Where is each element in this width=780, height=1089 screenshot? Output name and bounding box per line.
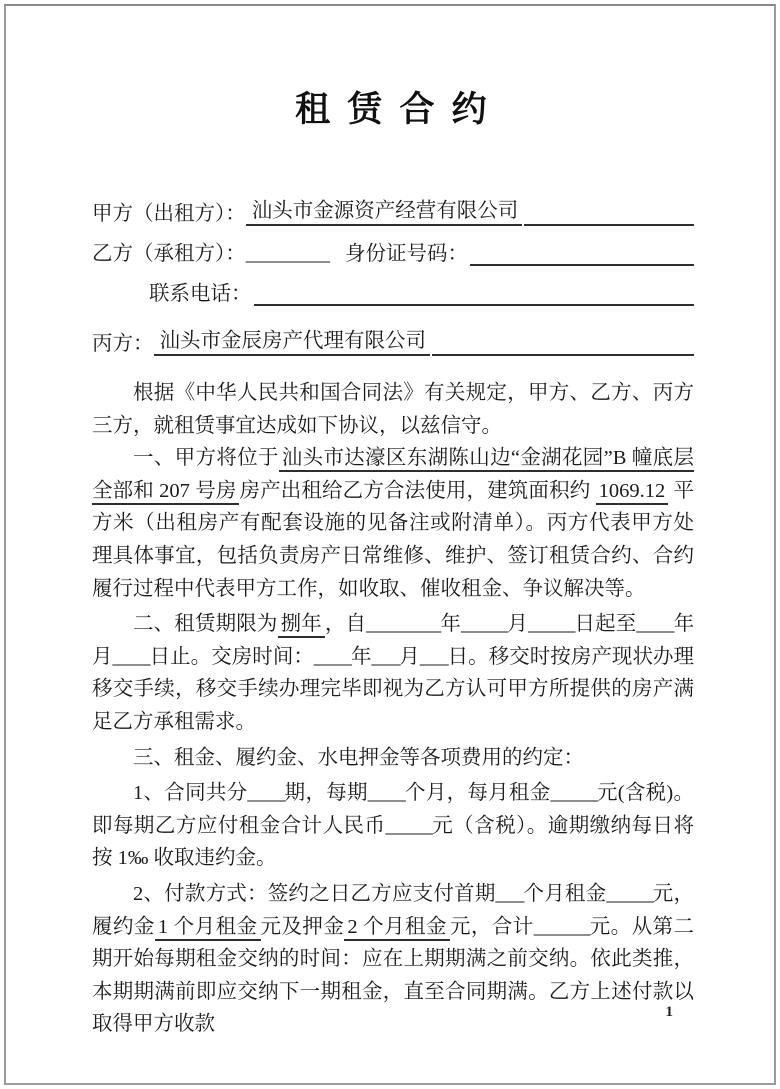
text-segment: 期，每期 [284, 782, 367, 804]
blank-field: ____ [636, 613, 673, 635]
parties-section: 甲方（出租方）： 汕头市金源资产经营有限公司 乙方（承租方）： ________… [92, 186, 694, 356]
blank-field: ____ [113, 646, 150, 668]
clause-2-paragraph: 二、租赁期限为捌年，自________年_____月_____日起至____年月… [92, 608, 694, 738]
phone-label: 联系电话： [149, 276, 252, 306]
filled-value: 2 个月租金 [344, 916, 450, 941]
intro-paragraph: 根据《中华人民共和国合同法》有关规定，甲方、乙方、丙方三方，就租赁事宜达成如下协… [92, 377, 694, 442]
blank-field: _____ [528, 613, 574, 635]
clause-3-item-1: 1、合同共分____期，每期____个月，每月租金_____元(含税)。即每期乙… [92, 777, 694, 875]
blank-field: ____ [314, 646, 351, 668]
clause-3-item-2: 2、付款方式：签约之日乙方应支付首期___个月租金_____元，履约金1 个月租… [92, 878, 694, 1041]
text-segment: 二、租赁期限为 [133, 613, 278, 635]
party-a-label: 甲方（出租方）： [92, 196, 246, 226]
blank-line [524, 197, 694, 226]
blank-field: _____ [550, 782, 596, 804]
text-segment: 日起至 [574, 613, 636, 635]
text-segment: 元及押金 [261, 916, 345, 938]
blank-field: _____ [385, 815, 431, 837]
blank-field: ______ [534, 916, 590, 938]
text-segment: 个月，每月租金 [405, 782, 551, 804]
party-a-line: 甲方（出租方）： 汕头市金源资产经营有限公司 [92, 186, 694, 226]
blank-field: _____ [461, 613, 507, 635]
party-c-value: 汕头市金辰房产代理有限公司 [154, 323, 431, 356]
party-a-value: 汕头市金源资产经营有限公司 [246, 193, 523, 226]
blank-field: ___ [371, 646, 399, 668]
party-b-line: 乙方（承租方）： _________ 身份证号码： [92, 226, 694, 266]
text-segment: 2、付款方式：签约之日乙方应支付首期 [133, 883, 496, 905]
blank-field: ___ [420, 646, 448, 668]
text-segment: 元，合计 [450, 916, 534, 938]
text-segment: 年 [440, 613, 461, 635]
contract-page: 租 赁 合 约 甲方（出租方）： 汕头市金源资产经营有限公司 乙方（承租方）： … [0, 0, 780, 1089]
text-segment: 一、甲方将位于 [133, 447, 279, 469]
contract-body: 根据《中华人民共和国合同法》有关规定，甲方、乙方、丙方三方，就租赁事宜达成如下协… [92, 377, 694, 1041]
blank-field: ________ [366, 613, 440, 635]
text-segment: ，自 [325, 613, 366, 635]
blank-field: ____ [368, 782, 405, 804]
party-c-line: 丙方： 汕头市金辰房产代理有限公司 [92, 316, 694, 356]
contract-title: 租 赁 合 约 [92, 86, 694, 134]
blank-field: _____ [606, 883, 652, 905]
blank-field: ___ [496, 883, 524, 905]
party-b-blank-field: _________ [246, 243, 329, 266]
clause-1-paragraph: 一、甲方将位于汕头市达濠区东湖陈山边“金湖花园”B 幢底层全部和 207 号房房… [92, 442, 694, 605]
text-segment: 日止。交房时间： [150, 646, 314, 668]
phone-line: 联系电话： [92, 266, 694, 306]
blank-field: ____ [247, 782, 284, 804]
text-segment: 月 [399, 646, 420, 668]
page-number: 1 [666, 1004, 674, 1021]
blank-line [254, 277, 695, 306]
text-segment: 月 [507, 613, 528, 635]
text-segment: 年 [351, 646, 372, 668]
filled-value: 1069.12 [596, 480, 669, 505]
filled-value: 1 个月租金 [155, 916, 261, 941]
clause-3-heading: 三、租金、履约金、水电押金等各项费用的约定： [92, 742, 694, 775]
page-content: 租 赁 合 约 甲方（出租方）： 汕头市金源资产经营有限公司 乙方（承租方）： … [0, 86, 780, 1041]
filled-value: 捌年 [278, 613, 325, 638]
text-segment: 三、租金、履约金、水电押金等各项费用的约定： [133, 747, 584, 769]
text-segment: 根据《中华人民共和国合同法》有关规定，甲方、乙方、丙方三方，就租赁事宜达成如下协… [92, 382, 694, 437]
text-segment: 房产出租给乙方合法使用，建筑面积约 [239, 480, 595, 502]
text-segment: 个月租金 [523, 883, 606, 905]
blank-line [432, 327, 694, 356]
id-number-label: 身份证号码： [345, 236, 468, 266]
party-c-label: 丙方： [92, 326, 154, 356]
text-segment: 1、合同共分 [133, 782, 247, 804]
blank-line [470, 237, 694, 266]
party-b-label: 乙方（承租方）： [92, 236, 246, 266]
